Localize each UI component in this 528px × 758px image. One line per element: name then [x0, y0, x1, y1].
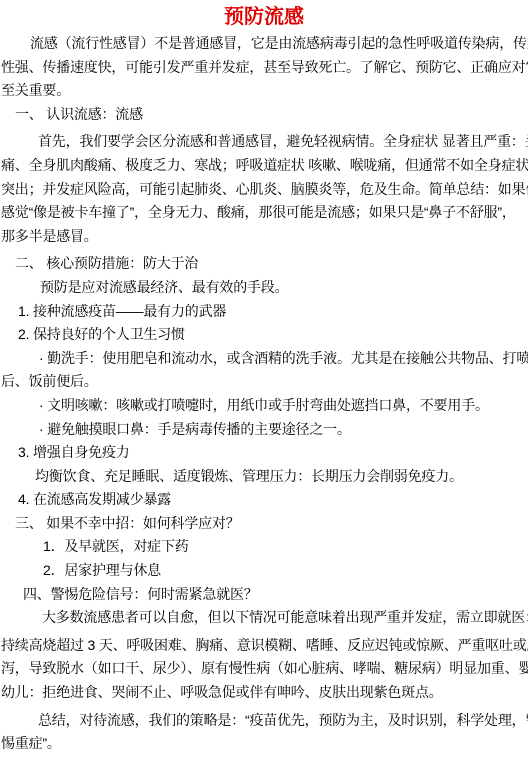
text-line: 感觉“像是被卡车撞了”，全身无力、酸痛，那很可能是流感；如果只是“鼻子不舒服”， — [0, 201, 528, 225]
document-page: 预防流感 流感（流行性感冒）不是普通感冒，它是由流感病毒引起的急性呼吸道传染病，… — [0, 0, 528, 758]
text-line: 大多数流感患者可以自愈，但以下情况可能意味着出现严重并发症，需立即就医： — [0, 606, 528, 630]
text-line: 至关重要。 — [0, 79, 528, 103]
sub-list-item: 1．及早就医，对症下药 — [0, 535, 528, 559]
bullet-item: · 勤洗手：使用肥皂和流动水，或含酒精的洗手液。尤其是在接触公共物品、打喷嚏 — [0, 347, 528, 371]
text-line: 持续高烧超过 3 天、呼吸困难、胸痛、意识模糊、嗜睡、反应迟钝或惊厥、严重呕吐或… — [0, 634, 528, 658]
list-item: 4. 在流感高发期减少暴露 — [0, 488, 528, 512]
section-heading: 二、 核心预防措施：防大于治 — [0, 252, 528, 276]
sub-list-item: 2．居家护理与休息 — [0, 559, 528, 583]
text-line: 那多半是感冒。 — [0, 225, 528, 249]
text-line: 泻，导致脱水（如口干、尿少）、原有慢性病（如心脏病、哮喘、糖尿病）明显加重、婴 — [0, 657, 528, 681]
text-line: 流感（流行性感冒）不是普通感冒，它是由流感病毒引起的急性呼吸道传染病，传染 — [0, 32, 528, 56]
list-item: 3. 增强自身免疫力 — [0, 441, 528, 465]
text-line: 幼儿：拒绝进食、哭闹不止、呼吸急促或伴有呻吟、皮肤出现紫色斑点。 — [0, 681, 528, 705]
list-item: 1. 接种流感疫苗——最有力的武器 — [0, 300, 528, 324]
document-body: 流感（流行性感冒）不是普通感冒，它是由流感病毒引起的急性呼吸道传染病，传染性强、… — [0, 32, 528, 756]
section-heading: 三、 如果不幸中招：如何科学应对？ — [0, 512, 528, 536]
bullet-item: · 文明咳嗽：咳嗽或打喷嚏时，用纸巾或手肘弯曲处遮挡口鼻，不要用手。 — [0, 394, 528, 418]
text-line: 突出；并发症风险高，可能引起肺炎、心肌炎、脑膜炎等，危及生命。简单总结：如果你 — [0, 178, 528, 202]
text-line: 总结，对待流感，我们的策略是：“疫苗优先，预防为主，及时识别，科学处理，警 — [0, 709, 528, 733]
list-item: 2. 保持良好的个人卫生习惯 — [0, 323, 528, 347]
text-line: 后、饭前便后。 — [0, 370, 528, 394]
document-title: 预防流感 — [0, 4, 528, 30]
section-heading: 一、 认识流感：流感 — [0, 103, 528, 127]
bullet-item: · 避免触摸眼口鼻：手是病毒传播的主要途径之一。 — [0, 418, 528, 442]
text-line: 性强、传播速度快，可能引发严重并发症，甚至导致死亡。了解它、预防它、正确应对它 — [0, 56, 528, 80]
section-heading: 四、警惕危险信号：何时需紧急就医？ — [0, 583, 528, 607]
text-line: 首先，我们要学会区分流感和普通感冒，避免轻视病情。全身症状 显著且严重：头 — [0, 130, 528, 154]
text-line: 惕重症”。 — [0, 732, 528, 756]
text-line: 痛、全身肌肉酸痛、极度乏力、寒战；呼吸道症状 咳嗽、喉咙痛，但通常不如全身症状 — [0, 154, 528, 178]
text-line: 预防是应对流感最经济、最有效的手段。 — [0, 276, 528, 300]
list-item: 均衡饮食、充足睡眠、适度锻炼、管理压力：长期压力会削弱免疫力。 — [0, 465, 528, 489]
